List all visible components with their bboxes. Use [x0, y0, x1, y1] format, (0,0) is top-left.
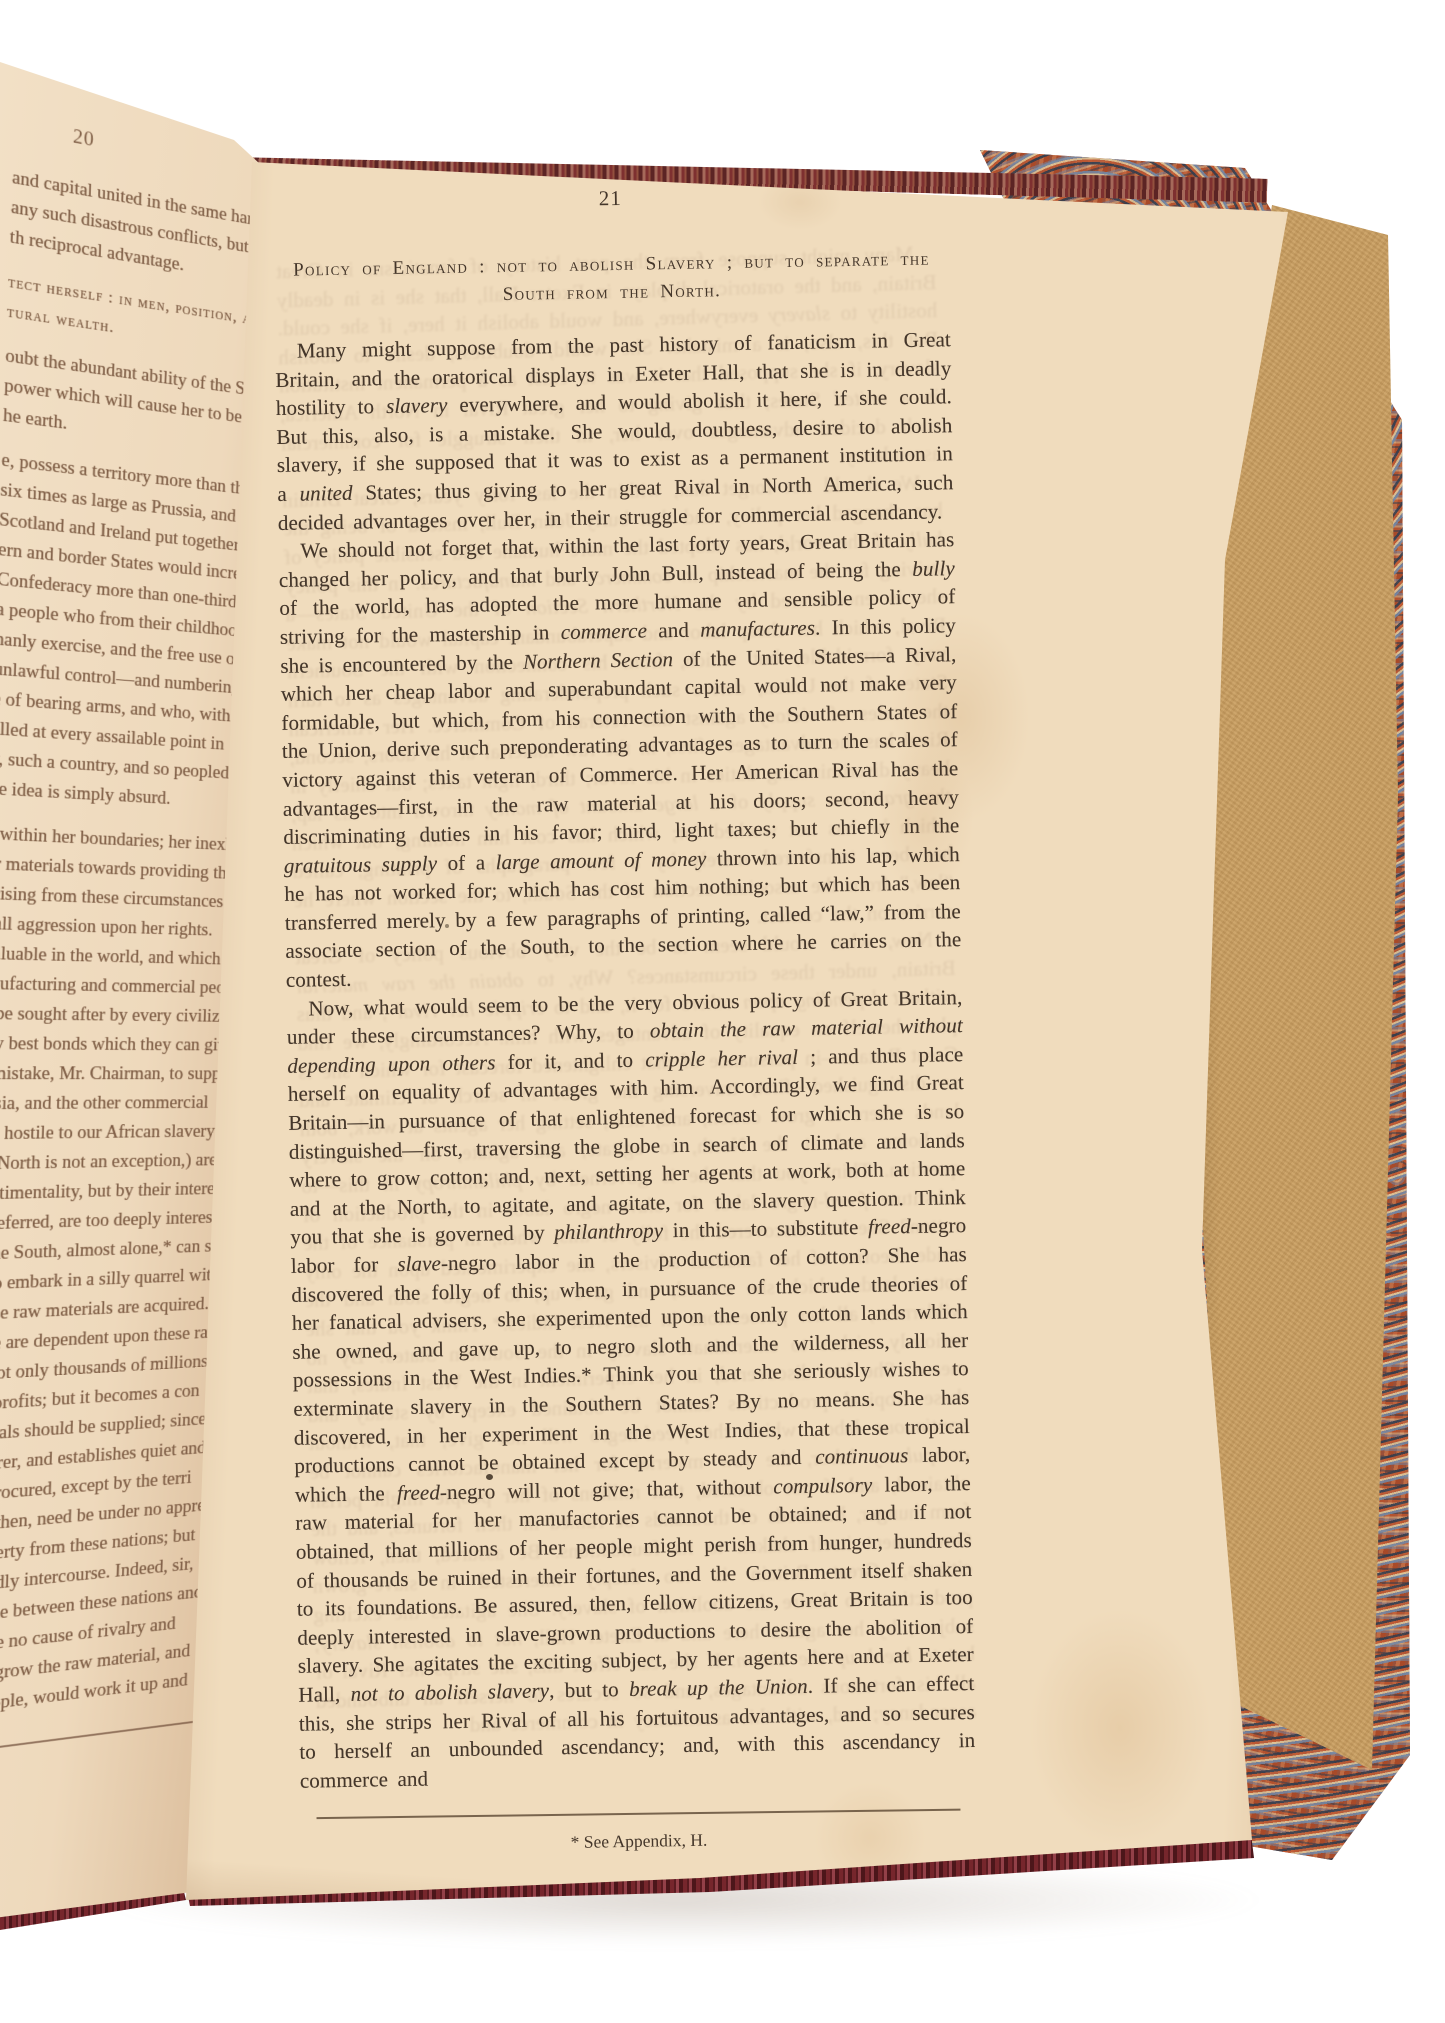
body-text: Many might suppose from the past history… — [275, 325, 976, 1795]
right-page-text-block: 21 Policy of England : not to abolish Sl… — [272, 180, 977, 1858]
body-paragraph: Many might suppose from the past history… — [275, 325, 954, 537]
right-page-content: Many might suppose from the past history… — [272, 172, 977, 1858]
footnote-text: * See Appendix, H. — [301, 1825, 977, 1858]
book-photograph: 20 and capital united in the same handsa… — [0, 0, 1445, 2023]
right-page: Many might suppose from the past history… — [180, 158, 1295, 1918]
body-paragraph: We should not forget that, within the la… — [278, 525, 962, 994]
footnote-rule — [317, 1809, 961, 1819]
chapter-heading: Policy of England : not to abolish Slave… — [273, 245, 950, 313]
left-page-footnote-rule — [0, 1720, 199, 1754]
body-paragraph: Now, what would seem to be the very obvi… — [286, 983, 976, 1795]
